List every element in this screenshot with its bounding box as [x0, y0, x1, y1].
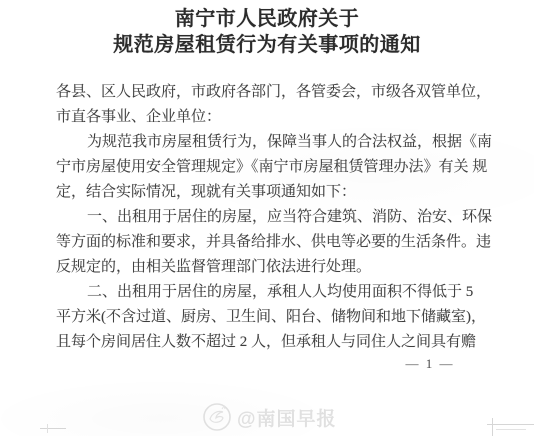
body-line: 反规定的，由相关监督管理部门依法进行处理。 — [56, 255, 492, 280]
watermark-account-text: @南国早报 — [237, 404, 337, 431]
document-page: 南宁市人民政府关于 规范房屋租赁行为有关事项的通知 各县、区人民政府，市政府各部… — [0, 0, 534, 436]
body-line: 一、出租用于居住的房屋，应当符合建筑、消防、治安、环保 — [56, 205, 492, 230]
scan-artifact-line — [496, 429, 526, 430]
body-line: 二、出租用于居住的房屋，承租人人均使用面积不得低于 5 — [56, 280, 492, 305]
page-number: — 1 — — [375, 355, 485, 372]
body-line: 定，结合实际情况，现就有关事项通知如下： — [56, 180, 492, 205]
body-line: 且每个房间居住人数不超过 2 人，但承租人与同住人之间具有赡 — [56, 330, 492, 355]
document-title-line-1: 南宁市人民政府关于 — [0, 6, 534, 32]
body-line: 市直各事业、企业单位： — [56, 105, 492, 130]
body-line: 宁市房屋使用安全管理规定》《南宁市房屋租赁管理办法》有关 规 — [56, 155, 492, 180]
body-line: 平方米(不含过道、厨房、卫生间、阳台、储物间和地下储藏室)， — [56, 305, 492, 330]
watermark: @南国早报 — [202, 402, 337, 432]
scan-artifact-line — [492, 418, 493, 436]
body-line: 等方面的标准和要求，并具备给排水、供电等必要的生活条件。违 — [56, 230, 492, 255]
body-line: 各县、区人民政府，市政府各部门，各管委会，市级各双管单位， — [56, 80, 492, 105]
scan-artifact-line — [487, 424, 534, 425]
scan-artifact-line — [40, 428, 66, 429]
document-title: 南宁市人民政府关于 规范房屋租赁行为有关事项的通知 — [0, 6, 534, 58]
newspaper-logo-icon — [202, 402, 232, 432]
document-title-line-2: 规范房屋租赁行为有关事项的通知 — [0, 32, 534, 58]
document-body: 各县、区人民政府，市政府各部门，各管委会，市级各双管单位， 市直各事业、企业单位… — [56, 80, 492, 355]
scan-artifact-line — [47, 424, 48, 433]
body-line: 为规范我市房屋租赁行为，保障当事人的合法权益，根据《南 — [56, 130, 492, 155]
